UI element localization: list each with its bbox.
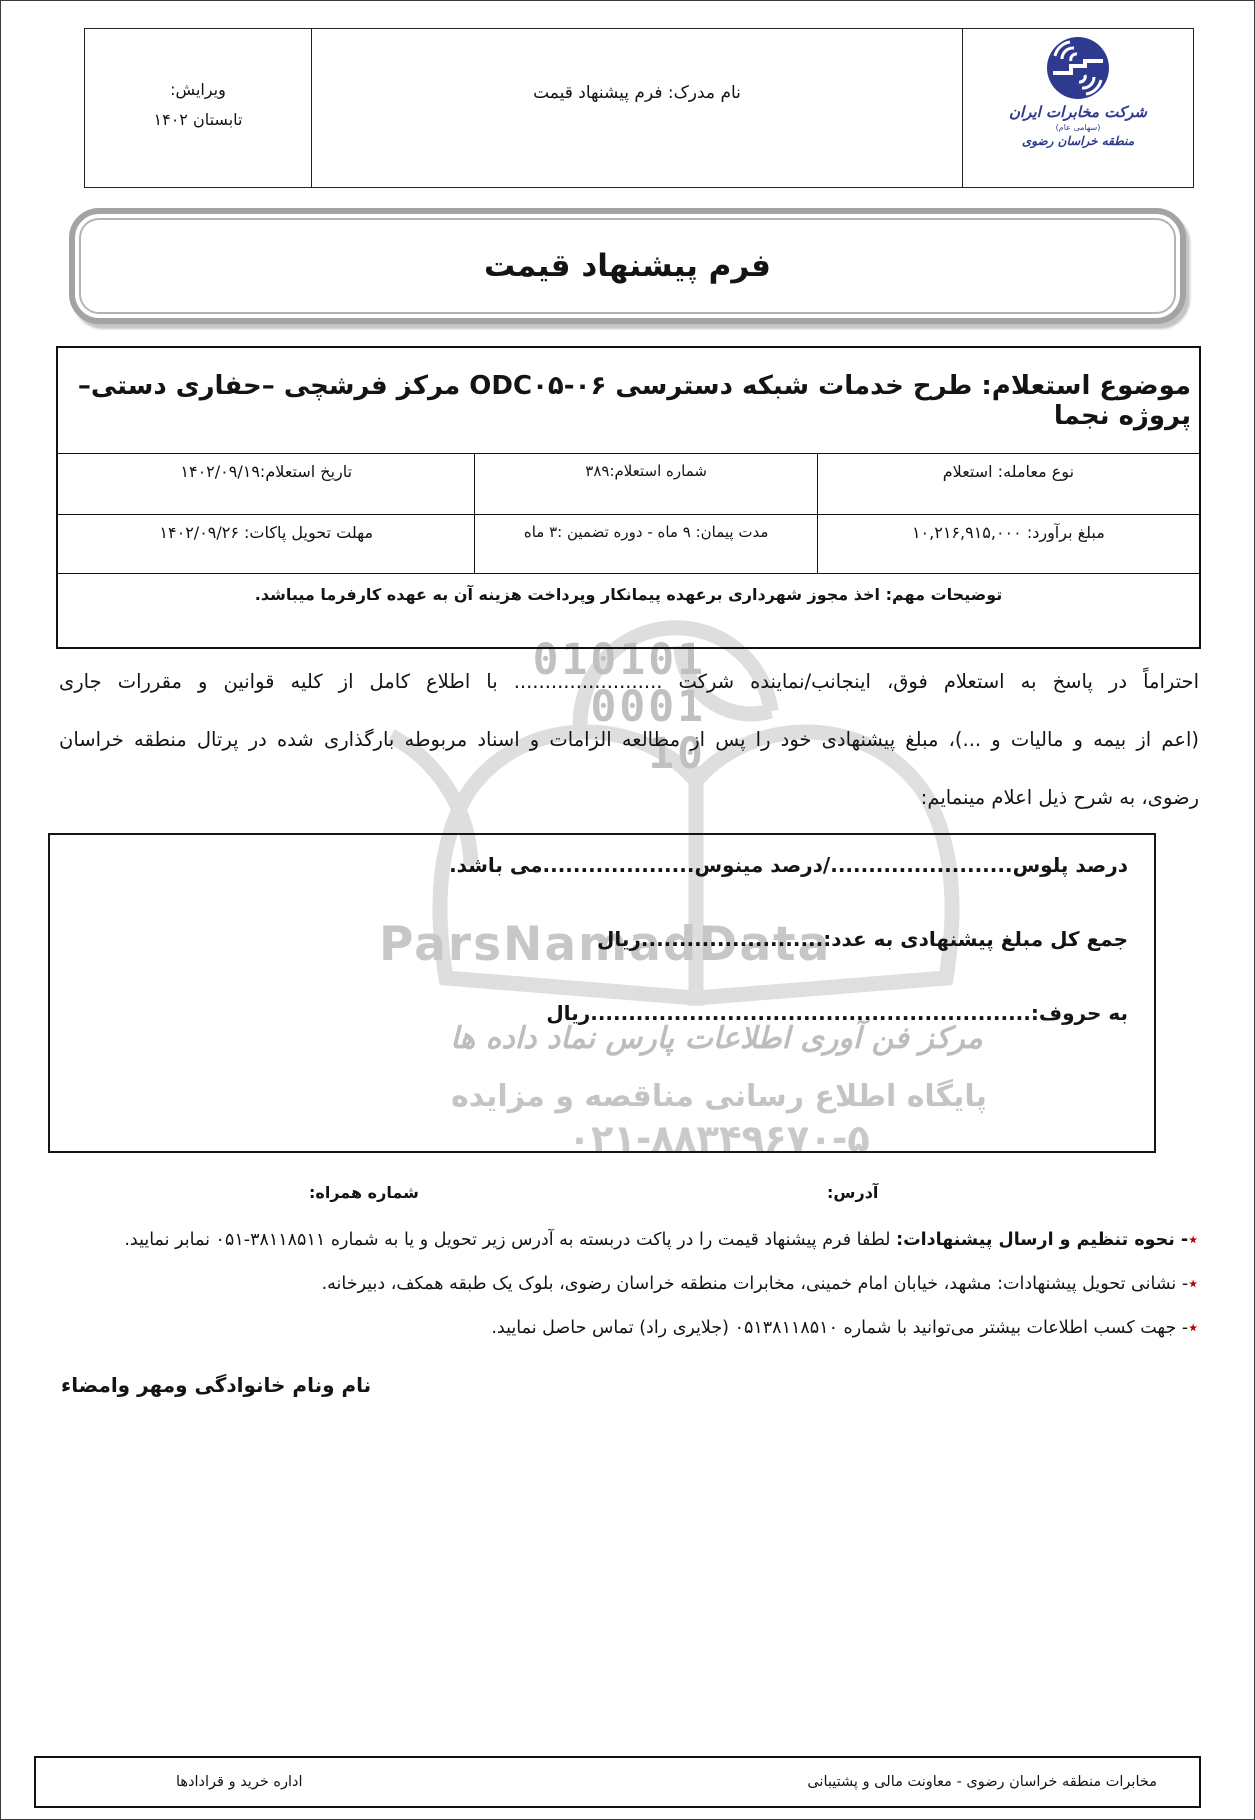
signature-line: نام ونام خانوادگی ومهر وامضاء xyxy=(61,1373,371,1397)
edition-cell: ویرایش: تابستان ۱۴۰۲ xyxy=(85,29,312,187)
percent-plus-minus-line: درصد پلوس......................../درصد م… xyxy=(70,851,1128,879)
list-item: ٭- جهت کسب اطلاعات بیشتر می‌توانید با شم… xyxy=(96,1313,1198,1343)
logo-subtitle: (سهامی عام) xyxy=(1056,123,1101,132)
instructions-list: ٭- نحوه تنظیم و ارسال پیشنهادات: لطفا فر… xyxy=(96,1225,1198,1357)
list-item: ٭- نحوه تنظیم و ارسال پیشنهادات: لطفا فر… xyxy=(96,1225,1198,1255)
important-notes: توضیحات مهم: اخذ مجوز شهرداری برعهده پیم… xyxy=(58,574,1199,647)
company-logo-cell: شرکت مخابرات ایران (سهامی عام) منطقه خرا… xyxy=(962,29,1193,187)
inquiry-date-cell: تاریخ استعلام:۱۴۰۲/۰۹/۱۹ xyxy=(58,454,474,514)
asterisk-icon: ٭ xyxy=(1188,1229,1198,1250)
footer-department-right: مخابرات منطقه خراسان رضوی - معاونت مالی … xyxy=(807,1774,1157,1790)
document-page: 010101 0001 10 ParsNamadData مرکز فن آور… xyxy=(0,0,1255,1820)
intro-paragraph: احتراماً در پاسخ به استعلام فوق، اینجانب… xyxy=(59,653,1199,827)
total-amount-numeric-line: جمع کل مبلغ پیشنهادی به عدد:............… xyxy=(70,925,1128,953)
delivery-address-text: - نشانی تحویل پیشنهادات: مشهد، خیابان ام… xyxy=(322,1274,1189,1294)
header-table: ویرایش: تابستان ۱۴۰۲ نام مدرک: فرم پیشنه… xyxy=(84,28,1194,188)
list-item: ٭- نشانی تحویل پیشنهادات: مشهد، خیابان ا… xyxy=(96,1269,1198,1299)
footer-department-left: اداره خرید و قرادادها xyxy=(176,1774,303,1790)
contract-duration-cell: مدت پیمان: ۹ ماه - دوره تضمین :۳ ماه xyxy=(474,515,816,573)
document-name-cell: نام مدرک: فرم پیشنهاد قیمت xyxy=(312,29,962,187)
submission-method-label: - نحوه تنظیم و ارسال پیشنهادات: xyxy=(896,1230,1188,1250)
asterisk-icon: ٭ xyxy=(1188,1317,1198,1338)
footer-bar: مخابرات منطقه خراسان رضوی - معاونت مالی … xyxy=(34,1756,1201,1808)
table-row: مبلغ برآورد: ۱۰,۲۱۶,۹۱۵,۰۰۰ مدت پیمان: ۹… xyxy=(58,515,1199,574)
submission-deadline-cell: مهلت تحویل پاکات: ۱۴۰۲/۰۹/۲۶ xyxy=(58,515,474,573)
paragraph-line: رضوی، به شرح ذیل اعلام مینمایم: xyxy=(59,769,1199,827)
table-row: نوع معامله: استعلام شماره استعلام:۳۸۹ تا… xyxy=(58,454,1199,515)
deal-type-cell: نوع معامله: استعلام xyxy=(817,454,1199,514)
paragraph-line: (اعم از بیمه و مالیات و ...)، مبلغ پیشنه… xyxy=(59,711,1199,769)
logo-region-name: منطقه خراسان رضوی xyxy=(1022,134,1134,148)
asterisk-icon: ٭ xyxy=(1188,1273,1198,1294)
logo-company-name: شرکت مخابرات ایران xyxy=(1009,103,1147,121)
amount-in-words-line: به حروف:................................… xyxy=(70,999,1128,1027)
document-name: نام مدرک: فرم پیشنهاد قیمت xyxy=(533,83,741,103)
estimate-amount-cell: مبلغ برآورد: ۱۰,۲۱۶,۹۱۵,۰۰۰ xyxy=(817,515,1199,573)
inquiry-number-cell: شماره استعلام:۳۸۹ xyxy=(474,454,816,514)
inquiry-subject: موضوع استعلام: طرح خدمات شبکه دسترسی ODC… xyxy=(58,348,1199,454)
address-label: آدرس: xyxy=(827,1183,878,1202)
more-info-text: - جهت کسب اطلاعات بیشتر می‌توانید با شما… xyxy=(491,1318,1188,1338)
title-banner: فرم پیشنهاد قیمت xyxy=(69,208,1186,324)
edition-label: ویرایش: xyxy=(170,75,226,105)
edition-value: تابستان ۱۴۰۲ xyxy=(154,105,243,135)
inquiry-info-table: موضوع استعلام: طرح خدمات شبکه دسترسی ODC… xyxy=(56,346,1201,649)
submission-method-text: لطفا فرم پیشنهاد قیمت را در پاکت دربسته … xyxy=(124,1230,896,1250)
page-title: فرم پیشنهاد قیمت xyxy=(79,218,1176,314)
paragraph-line: احتراماً در پاسخ به استعلام فوق، اینجانب… xyxy=(59,653,1199,711)
price-proposal-box: درصد پلوس......................../درصد م… xyxy=(48,833,1156,1153)
mobile-number-label: شماره همراه: xyxy=(309,1183,419,1202)
tci-logo-icon xyxy=(1046,36,1110,100)
